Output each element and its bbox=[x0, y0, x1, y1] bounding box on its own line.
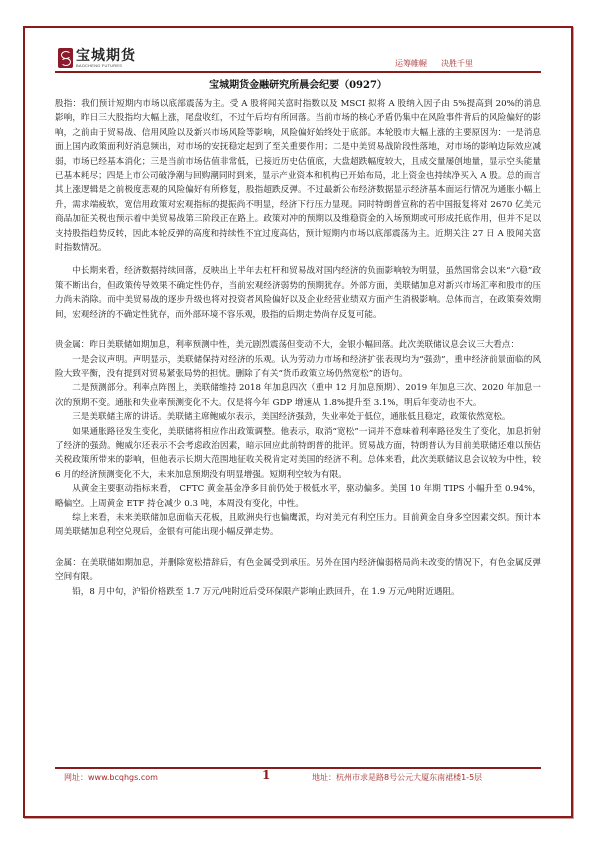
paragraph-point-2: 二是预测部分。利率点阵图上，美联储维持 2018 年加息四次（重申 12 月加息… bbox=[55, 381, 541, 410]
paragraph-gold-drivers: 从黄金主要驱动指标来看， CFTC 黄金基金净多目前仍处于极低水平，驱动偏多。美… bbox=[55, 482, 541, 511]
document-body: 股指：我们预计短期内市场以底部震荡为主。受 A 股将闻关富时指数以及 MSCI … bbox=[55, 97, 541, 599]
footer-address: 地址：杭州市求是路8号公元大厦东南裙楼1-5层 bbox=[312, 772, 482, 783]
logo-english-name: BAOCHENG FUTURES bbox=[76, 64, 136, 68]
page-number: 1 bbox=[262, 768, 270, 782]
footer-website: 网址：www.bcqhgs.com bbox=[64, 772, 158, 783]
slogan-left: 运筹帷幄 bbox=[395, 58, 427, 69]
paragraph-stock-index: 股指：我们预计短期内市场以底部震荡为主。受 A 股将闻关富时指数以及 MSCI … bbox=[55, 97, 541, 255]
paragraph-point-1: 一是会议声明。声明显示，美联储保持对经济的乐观。认为劳动力市场和经济扩张表现均为… bbox=[55, 353, 541, 382]
paragraph-inflation-path: 如果通胀路径发生变化，美联储将相应作出政策调整。他表示，取消“宽松”一词并不意味… bbox=[55, 425, 541, 483]
logo-icon bbox=[58, 48, 73, 68]
paragraph-base-metals: 金属：在美联储如期加息，并删除宽松措辞后，有色金属受到承压。另外在国内经济偏弱格… bbox=[55, 556, 541, 585]
footer-divider bbox=[55, 767, 541, 769]
slogan-right: 决胜千里 bbox=[441, 58, 473, 69]
header-divider bbox=[55, 71, 541, 73]
document-title: 宝城期货金融研究所晨会纪要（0927） bbox=[55, 76, 541, 91]
logo-chinese-name: 宝城期货 bbox=[76, 49, 136, 63]
company-logo: 宝城期货 BAOCHENG FUTURES bbox=[58, 47, 136, 69]
paragraph-lead: 铅，8 月中旬，沪铅价格跌至 1.7 万元/吨附近后受环保限产影响止跌回升，在 … bbox=[55, 585, 541, 599]
paragraph-point-3: 三是美联储主席的讲话。美联储主席鲍威尔表示，美国经济强劲，失业率处于低位，通胀低… bbox=[55, 410, 541, 424]
paragraph-precious-metals: 贵金属：昨日美联储如期加息，利率预测中性，美元剧烈震荡但变动不大，金银小幅回落。… bbox=[55, 338, 541, 352]
paragraph-gold-summary: 综上来看，未来美联储加息面临天花板，且欧洲央行也偏鹰派，均对美元有利空压力。目前… bbox=[55, 511, 541, 540]
paragraph-long-term: 中长期来看，经济数据持续回落，反映出上半年去杠杆和贸易战对国内经济的负面影响较为… bbox=[55, 264, 541, 322]
